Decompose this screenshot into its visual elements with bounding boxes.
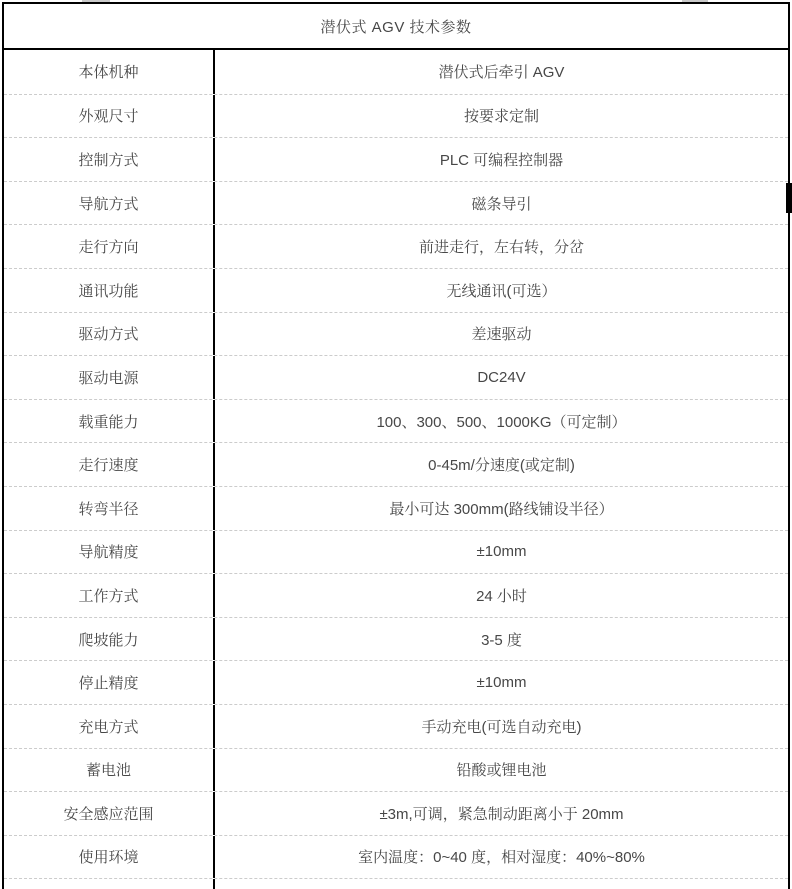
table-row: 蓄电池 铅酸或锂电池 (4, 748, 788, 792)
page: 潜伏式 AGV 技术参数 本体机种 潜伏式后牵引 AGV 外观尺寸 按要求定制 … (0, 0, 792, 889)
table-row: 外观尺寸 按要求定制 (4, 94, 788, 138)
table-row: 使用环境 室内温度：0~40 度，相对湿度：40%~80% (4, 835, 788, 879)
param-value: 铅酸或锂电池 (215, 749, 788, 792)
param-value: 无线通讯(可选） (215, 269, 788, 312)
param-value: PLC 可编程控制器 (215, 138, 788, 181)
param-label: 导航精度 (4, 531, 215, 574)
param-value: 磁条导引 (215, 182, 788, 225)
table-row: 导航精度 ±10mm (4, 530, 788, 574)
param-label: 驱动方式 (4, 313, 215, 356)
param-value: 室内温度：0~40 度，相对湿度：40%~80% (215, 836, 788, 879)
param-label: 爬坡能力 (4, 618, 215, 661)
param-value: ±3m,可调，紧急制动距离小于 20mm (215, 792, 788, 835)
param-value: 潜伏式后牵引 AGV (215, 50, 788, 94)
scrollbar-thumb[interactable] (786, 183, 792, 213)
table-row: 安全感应范围 ±3m,可调，紧急制动距离小于 20mm (4, 791, 788, 835)
table-row: 走行方向 前进走行，左右转，分岔 (4, 224, 788, 268)
param-label: 安全感应范围 (4, 792, 215, 835)
param-value: ±10mm (215, 531, 788, 574)
param-value: 差速驱动 (215, 313, 788, 356)
table-row: 工作方式 24 小时 (4, 573, 788, 617)
param-label: 走行方向 (4, 225, 215, 268)
param-label: 转弯半径 (4, 487, 215, 530)
param-label: 走行速度 (4, 443, 215, 486)
table-row: 停止精度 ±10mm (4, 660, 788, 704)
param-value: 0-45m/分速度(或定制) (215, 443, 788, 486)
param-value: ±10mm (215, 661, 788, 704)
param-value: 按要求定制 (215, 95, 788, 138)
param-label: 本体机种 (4, 50, 215, 94)
param-value: 手动充电(可选自动充电) (215, 705, 788, 748)
param-label: 工作方式 (4, 574, 215, 617)
param-label: 使用环境 (4, 836, 215, 879)
param-value: DC24V (215, 356, 788, 399)
table-row: 爬坡能力 3-5 度 (4, 617, 788, 661)
param-value: 3-5 度 (215, 618, 788, 661)
param-value (215, 879, 788, 889)
table-row: 通讯功能 无线通讯(可选） (4, 268, 788, 312)
table-row: 导航方式 磁条导引 (4, 181, 788, 225)
table-row-partial (4, 878, 788, 889)
param-label: 导航方式 (4, 182, 215, 225)
param-value: 前进走行，左右转，分岔 (215, 225, 788, 268)
table-row: 载重能力 100、300、500、1000KG（可定制） (4, 399, 788, 443)
table-row: 本体机种 潜伏式后牵引 AGV (4, 50, 788, 94)
param-label: 停止精度 (4, 661, 215, 704)
table-row: 驱动电源 DC24V (4, 355, 788, 399)
table-row: 充电方式 手动充电(可选自动充电) (4, 704, 788, 748)
param-label: 蓄电池 (4, 749, 215, 792)
param-value: 最小可达 300mm(路线铺设半径） (215, 487, 788, 530)
param-value: 100、300、500、1000KG（可定制） (215, 400, 788, 443)
param-label: 外观尺寸 (4, 95, 215, 138)
table-row: 走行速度 0-45m/分速度(或定制) (4, 442, 788, 486)
param-label (4, 879, 215, 889)
param-value: 24 小时 (215, 574, 788, 617)
param-label: 通讯功能 (4, 269, 215, 312)
param-label: 充电方式 (4, 705, 215, 748)
param-label: 载重能力 (4, 400, 215, 443)
table-row: 转弯半径 最小可达 300mm(路线铺设半径） (4, 486, 788, 530)
table-title: 潜伏式 AGV 技术参数 (4, 4, 788, 50)
param-label: 驱动电源 (4, 356, 215, 399)
table-row: 驱动方式 差速驱动 (4, 312, 788, 356)
agv-spec-table: 潜伏式 AGV 技术参数 本体机种 潜伏式后牵引 AGV 外观尺寸 按要求定制 … (2, 2, 790, 889)
table-row: 控制方式 PLC 可编程控制器 (4, 137, 788, 181)
param-label: 控制方式 (4, 138, 215, 181)
